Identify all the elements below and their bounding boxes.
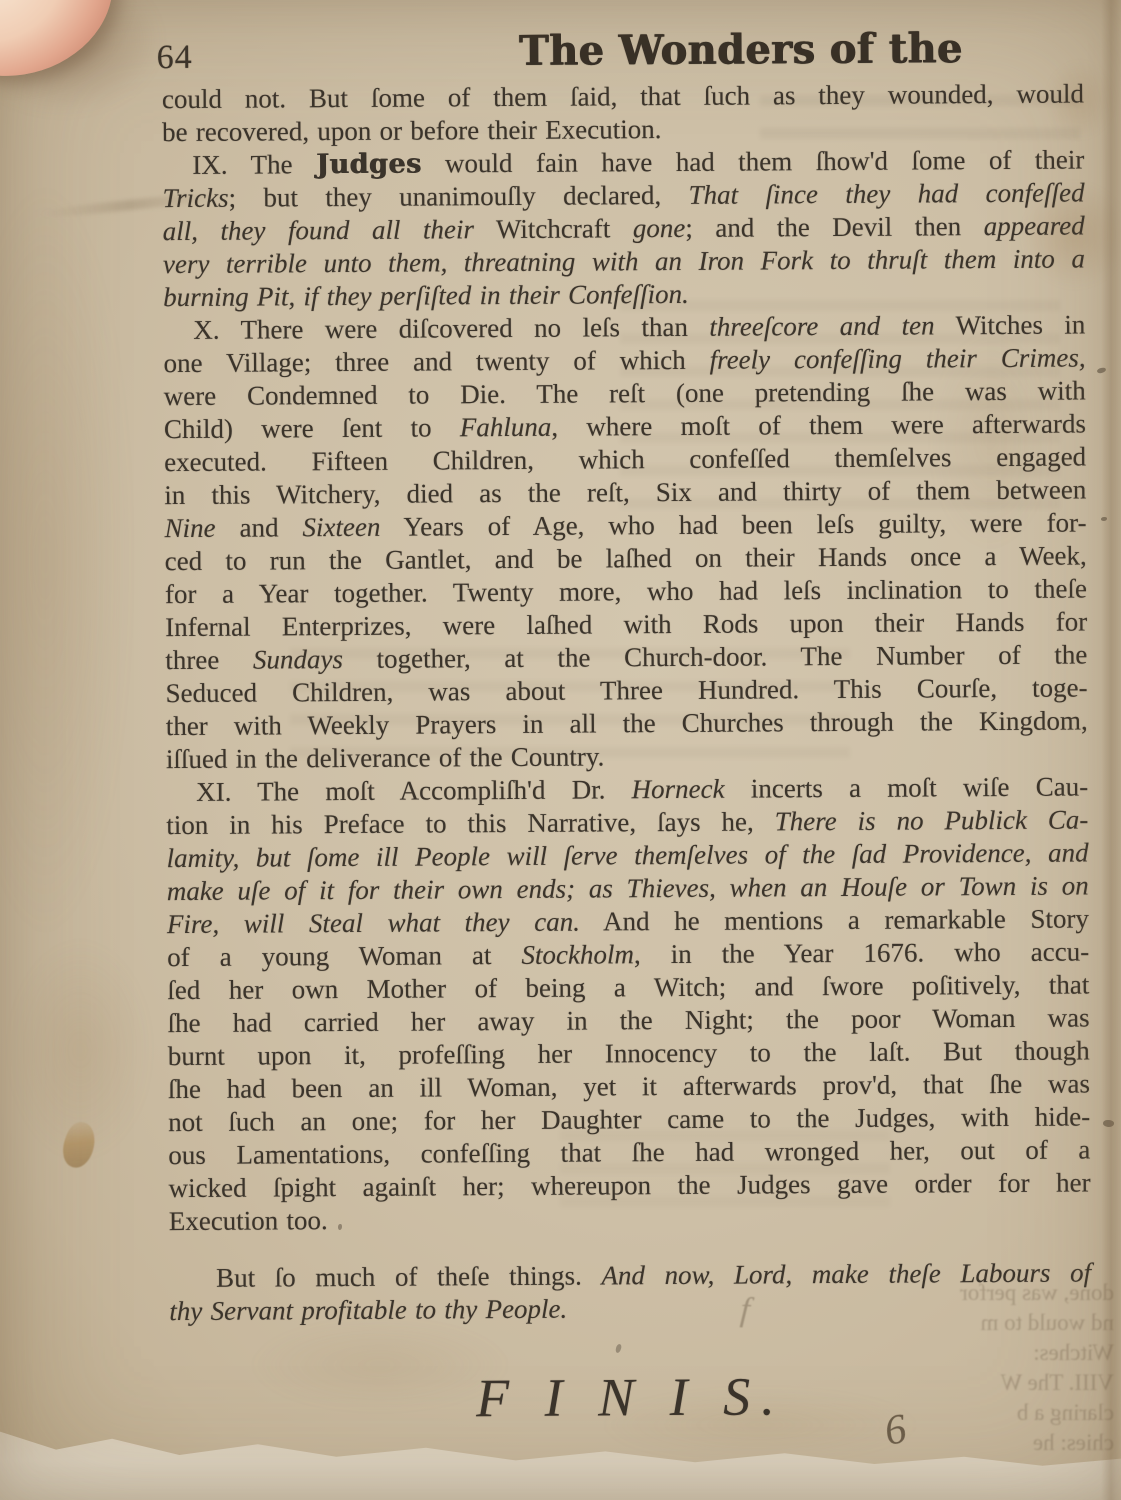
text-segment: of a young Woman at bbox=[167, 940, 521, 972]
text-segment: all, they found all their bbox=[163, 214, 474, 246]
text-segment: and bbox=[215, 512, 302, 543]
paragraph: XI. The moſt Accompliſh'd Dr. Horneck in… bbox=[166, 770, 1091, 1238]
text-line: Tricks; but they unanimouſly declared, T… bbox=[162, 176, 1084, 215]
text-segment: not ſuch an one; for her Daughter came t… bbox=[168, 1101, 1090, 1137]
text-segment: wicked ſpight againſt her; whereupon the… bbox=[168, 1167, 1090, 1203]
paragraph: could not. But ſome of them ſaid, that ſ… bbox=[162, 77, 1084, 149]
text-line: Execution too. bbox=[169, 1199, 1091, 1238]
text-segment: burnt upon it, profeſſing her Innocency … bbox=[168, 1035, 1090, 1071]
text-segment: And now, Lord, make theſe Labours of bbox=[601, 1257, 1091, 1290]
text-line: Child) were ſent to Fahluna, where moſt … bbox=[164, 407, 1086, 446]
text-line: ced to run the Gantlet, and be laſhed on… bbox=[165, 539, 1087, 578]
book-page-scan: done, was perfornd would to mWitches:VII… bbox=[0, 0, 1121, 1500]
paragraph: But ſo much of theſe things. And now, Lo… bbox=[169, 1256, 1091, 1328]
text-line: ſhe had carried her away in the Night; t… bbox=[167, 1001, 1089, 1040]
text-segment: , in the Year 1676. who accu- bbox=[634, 936, 1089, 969]
text-segment: make uſe of it for their own ends; as Th… bbox=[167, 870, 1089, 906]
text-segment: incerts a moſt wiſe Cau- bbox=[724, 771, 1088, 803]
text-line: wicked ſpight againſt her; whereupon the… bbox=[168, 1166, 1090, 1205]
text-segment: would fain have had them ſhow'd ſome of … bbox=[421, 144, 1084, 178]
text-segment: threeſcore and ten bbox=[709, 310, 934, 341]
text-line: be recovered, upon or before their Execu… bbox=[162, 110, 1084, 149]
text-segment: ſhe had been an ill Woman, yet it afterw… bbox=[168, 1068, 1090, 1104]
running-header: The Wonders of the bbox=[444, 24, 1038, 76]
finis-text: F I N I S. bbox=[170, 1363, 1092, 1431]
text-segment: Infernal Enterprizes, were laſhed with R… bbox=[165, 606, 1087, 642]
text-segment: ous Lamentations, confeſſing that ſhe ha… bbox=[168, 1134, 1090, 1170]
text-line: X. There were diſcovered no leſs than th… bbox=[163, 308, 1085, 347]
text-line: ous Lamentations, confeſſing that ſhe ha… bbox=[168, 1133, 1090, 1172]
text-line: executed. Fifteen Children, which confeſ… bbox=[164, 440, 1086, 479]
text-segment: burning Pit, if they perſiſted in their … bbox=[163, 279, 689, 312]
text-line: Infernal Enterprizes, were laſhed with R… bbox=[165, 605, 1087, 644]
text-line: ſhe had been an ill Woman, yet it afterw… bbox=[168, 1067, 1090, 1106]
text-segment: tion in his Preface to this Narrative, ſ… bbox=[166, 806, 774, 840]
text-line: very terrible unto them, threatning with… bbox=[163, 242, 1085, 281]
text-segment: Horneck bbox=[632, 774, 725, 805]
text-line: But ſo much of theſe things. And now, Lo… bbox=[169, 1256, 1091, 1295]
text-line: Fire, will Steal what they can. And he m… bbox=[167, 902, 1089, 941]
text-line: thy Servant profitable to thy People. bbox=[169, 1289, 1091, 1328]
text-segment: executed. Fifteen Children, which confeſ… bbox=[164, 441, 1086, 477]
text-segment: appeared bbox=[984, 210, 1085, 241]
text-segment: Sundays bbox=[253, 644, 343, 675]
text-segment: Sixteen bbox=[302, 512, 380, 542]
text-segment: ther with Weekly Prayers in all the Chur… bbox=[166, 705, 1088, 741]
text-segment: Years of Age, who had been leſs guilty, … bbox=[380, 507, 1086, 541]
text-segment: Witches in bbox=[935, 309, 1086, 340]
text-line: not ſuch an one; for her Daughter came t… bbox=[168, 1100, 1090, 1139]
text-segment: ſhe had carried her away in the Night; t… bbox=[167, 1002, 1089, 1038]
text-segment: in this Witchery, died as the reſt, Six … bbox=[164, 474, 1086, 510]
text-line: make uſe of it for their own ends; as Th… bbox=[167, 869, 1089, 908]
page-content: 64 The Wonders of the could not. But ſom… bbox=[0, 0, 1121, 1500]
text-line: ſed her own Mother of being a Witch; and… bbox=[167, 968, 1089, 1007]
text-segment: for a Year together. Twenty more, who ha… bbox=[165, 573, 1087, 609]
text-segment: Tricks bbox=[162, 183, 228, 213]
paragraph: IX. The Judges would fain have had them … bbox=[162, 143, 1085, 314]
text-segment: freely confeſſing their Crimes, bbox=[710, 342, 1086, 374]
text-line: all, they found all their Witchcraft gon… bbox=[163, 209, 1085, 248]
text-line: Seduced Children, was about Three Hundre… bbox=[165, 671, 1087, 710]
text-segment: thy Servant profitable to thy People. bbox=[169, 1294, 567, 1326]
text-segment: were Condemned to Die. The reſt (one pre… bbox=[164, 375, 1086, 411]
text-line: one Village; three and twenty of which f… bbox=[163, 341, 1085, 380]
text-segment: lamity, but ſome ill People will ſerve t… bbox=[166, 837, 1088, 873]
text-segment: three bbox=[165, 645, 253, 676]
text-line: could not. But ſome of them ſaid, that ſ… bbox=[162, 77, 1084, 116]
body-text: could not. But ſome of them ſaid, that ſ… bbox=[162, 77, 1092, 1328]
text-segment: one Village; three and twenty of which bbox=[163, 345, 709, 378]
text-segment: X. There were diſcovered no leſs than bbox=[193, 312, 709, 345]
paragraph: X. There were diſcovered no leſs than th… bbox=[163, 308, 1088, 776]
text-line: of a young Woman at Stockholm, in the Ye… bbox=[167, 935, 1089, 974]
text-line: were Condemned to Die. The reſt (one pre… bbox=[164, 374, 1086, 413]
text-segment: And he mentions a remarkable Story bbox=[580, 903, 1089, 936]
text-segment: together, at the Church-door. The Number… bbox=[343, 639, 1088, 674]
text-segment: Child) were ſent to bbox=[164, 412, 460, 444]
text-segment: ; and the Devil then bbox=[685, 211, 984, 243]
text-segment: Nine bbox=[164, 513, 215, 543]
text-line: three Sundays together, at the Church-do… bbox=[165, 638, 1087, 677]
text-line: lamity, but ſome ill People will ſerve t… bbox=[166, 836, 1088, 875]
text-segment: XI. The moſt Accompliſh'd Dr. bbox=[196, 774, 632, 807]
text-segment: But ſo much of theſe things. bbox=[216, 1260, 602, 1292]
text-segment: That ſince they had confeſſed bbox=[689, 177, 1085, 209]
text-segment: ſed her own Mother of being a Witch; and… bbox=[167, 969, 1089, 1005]
text-segment: iſſued in the deliverance of the Country… bbox=[166, 741, 605, 774]
blackletter-word: Judges bbox=[316, 149, 422, 181]
text-line: in this Witchery, died as the reſt, Six … bbox=[164, 473, 1086, 512]
text-segment: IX. The bbox=[192, 149, 316, 180]
text-segment: gone bbox=[633, 213, 686, 243]
text-line: ther with Weekly Prayers in all the Chur… bbox=[166, 704, 1088, 743]
text-segment: Witchcraft bbox=[474, 213, 633, 244]
text-segment: very terrible unto them, threatning with… bbox=[163, 243, 1085, 279]
text-segment: Fahluna bbox=[460, 412, 552, 443]
text-line: burning Pit, if they perſiſted in their … bbox=[163, 275, 1085, 314]
text-line: XI. The moſt Accompliſh'd Dr. Horneck in… bbox=[166, 770, 1088, 809]
text-segment: There is no Publick Ca- bbox=[775, 804, 1089, 836]
text-segment: , where moſt of them were afterwards bbox=[551, 408, 1086, 441]
text-line: Nine and Sixteen Years of Age, who had b… bbox=[164, 506, 1086, 545]
text-segment: Fire, will Steal what they can. bbox=[167, 907, 580, 940]
text-segment: Execution too. bbox=[169, 1205, 328, 1236]
text-segment: could not. But ſome of them ſaid, that ſ… bbox=[162, 78, 1084, 114]
text-segment: Stockholm bbox=[521, 939, 634, 970]
text-segment: ced to run the Gantlet, and be laſhed on… bbox=[165, 540, 1087, 576]
text-line: for a Year together. Twenty more, who ha… bbox=[165, 572, 1087, 611]
text-segment: ; but they unanimouſly declared, bbox=[228, 180, 688, 213]
text-line: tion in his Preface to this Narrative, ſ… bbox=[166, 803, 1088, 842]
text-line: IX. The Judges would fain have had them … bbox=[162, 143, 1084, 182]
text-line: burnt upon it, profeſſing her Innocency … bbox=[168, 1034, 1090, 1073]
text-line: iſſued in the deliverance of the Country… bbox=[166, 737, 1088, 776]
text-segment: Seduced Children, was about Three Hundre… bbox=[165, 672, 1087, 708]
text-segment: be recovered, upon or before their Execu… bbox=[162, 114, 661, 147]
